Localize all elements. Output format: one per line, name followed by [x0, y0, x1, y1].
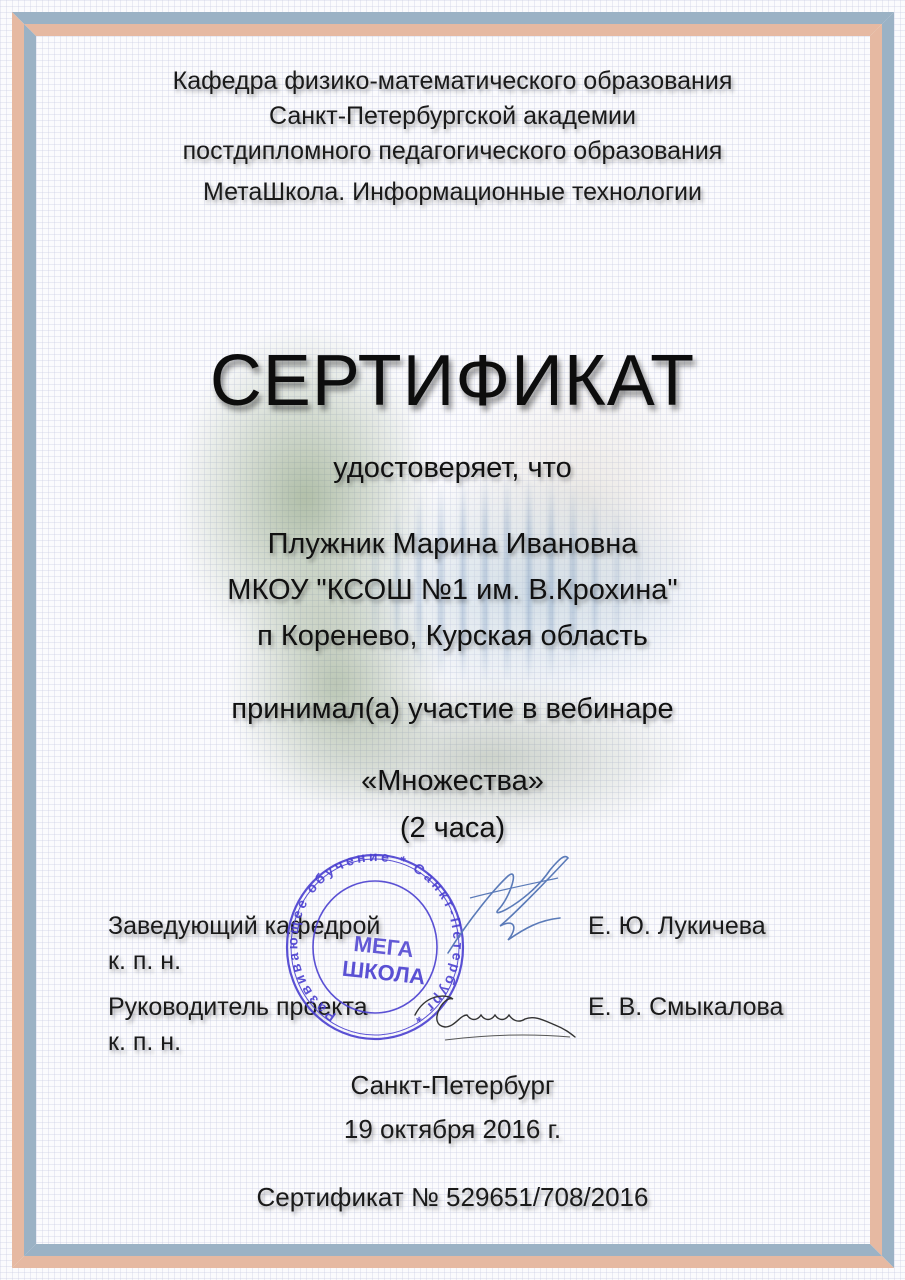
header-line-1: Кафедра физико-математического образован… — [0, 64, 905, 99]
signature-1-icon — [440, 848, 580, 968]
header-line-2: Санкт-Петербургской академии — [0, 99, 905, 134]
signature-2-icon — [405, 985, 585, 1045]
webinar-title: «Множества» — [0, 765, 905, 798]
signatory-1-name: Е. Ю. Лукичева — [588, 912, 766, 941]
webinar-duration: (2 часа) — [0, 812, 905, 845]
frame-bottom-outer — [12, 1256, 894, 1268]
header-line-3: постдипломного педагогического образован… — [0, 134, 905, 169]
frame-top-inner — [24, 24, 882, 36]
signatory-2-name: Е. В. Смыкалова — [588, 993, 783, 1022]
recipient-location: п Коренево, Курская область — [0, 620, 905, 653]
frame-bottom-inner — [24, 1244, 882, 1256]
frame-top-outer — [12, 12, 894, 24]
project-name: МетаШкола. Информационные технологии — [0, 175, 905, 210]
recipient-organization: МКОУ "КСОШ №1 им. В.Крохина" — [0, 574, 905, 607]
issue-date: 19 октября 2016 г. — [0, 1112, 905, 1147]
certificate-number: Сертификат № 529651/708/2016 — [0, 1180, 905, 1215]
participation-text: принимал(а) участие в вебинаре — [0, 693, 905, 726]
signatory-2-degree: к. п. н. — [108, 1028, 181, 1057]
signatory-1-degree: к. п. н. — [108, 947, 181, 976]
recipient-name: Плужник Марина Ивановна — [0, 528, 905, 561]
certificate-title: СЕРТИФИКАТ — [0, 340, 905, 422]
city: Санкт-Петербург — [0, 1068, 905, 1103]
certifies-text: удостоверяет, что — [0, 452, 905, 485]
